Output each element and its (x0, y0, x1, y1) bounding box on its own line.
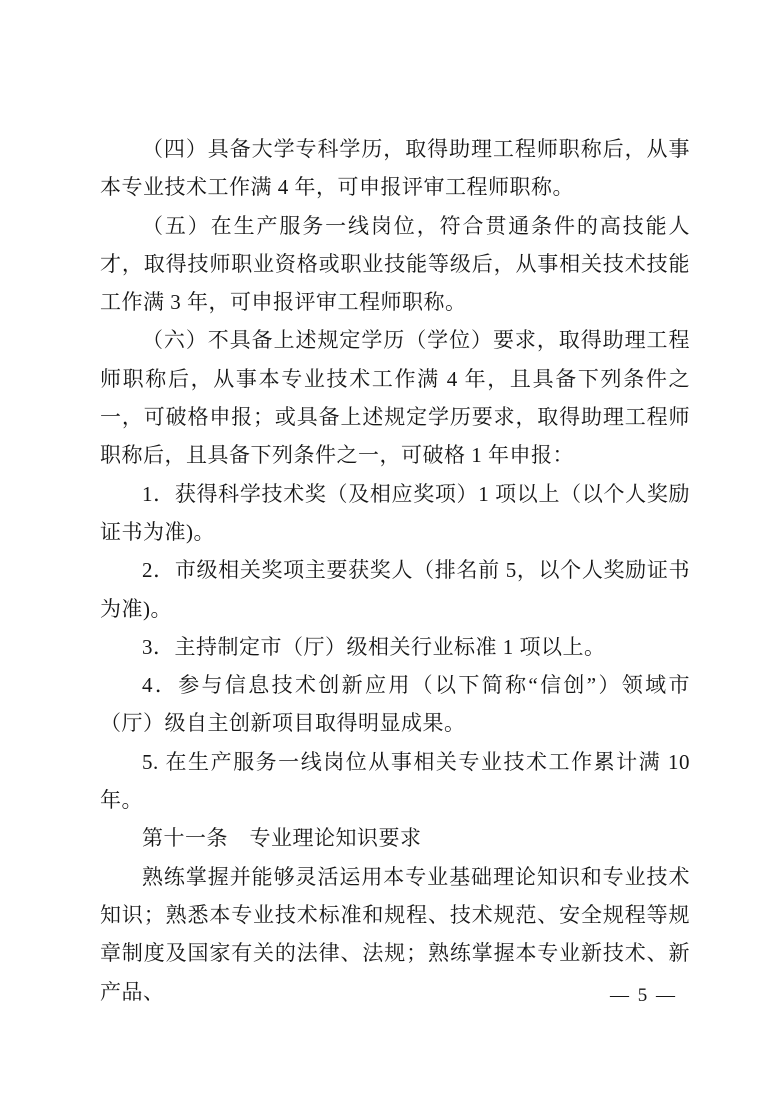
section-heading-article-11: 第十一条 专业理论知识要求 (100, 819, 690, 857)
paragraph-article-11-body: 熟练掌握并能够灵活运用本专业基础理论知识和专业技术知识；熟悉本专业技术标准和规程… (100, 858, 690, 1011)
list-item-2: 2．市级相关奖项主要获奖人（排名前 5，以个人奖励证书为准)。 (100, 551, 690, 628)
paragraph-clause-4: （四）具备大学专科学历，取得助理工程师职称后，从事本专业技术工作满 4 年，可申… (100, 130, 690, 207)
document-page: （四）具备大学专科学历，取得助理工程师职称后，从事本专业技术工作满 4 年，可申… (0, 0, 777, 1099)
paragraph-clause-6: （六）不具备上述规定学历（学位）要求，取得助理工程师职称后，从事本专业技术工作满… (100, 321, 690, 474)
list-item-4: 4．参与信息技术创新应用（以下简称“信创”）领域市（厅）级自主创新项目取得明显成… (100, 666, 690, 743)
list-item-3: 3．主持制定市（厅）级相关行业标准 1 项以上。 (100, 628, 690, 666)
page-number: — 5 — (610, 984, 677, 1008)
list-item-1: 1．获得科学技术奖（及相应奖项）1 项以上（以个人奖励证书为准)。 (100, 475, 690, 552)
list-item-5: 5. 在生产服务一线岗位从事相关专业技术工作累计满 10 年。 (100, 743, 690, 820)
document-body: （四）具备大学专科学历，取得助理工程师职称后，从事本专业技术工作满 4 年，可申… (100, 130, 690, 1011)
paragraph-clause-5: （五）在生产服务一线岗位，符合贯通条件的高技能人才，取得技师职业资格或职业技能等… (100, 207, 690, 322)
